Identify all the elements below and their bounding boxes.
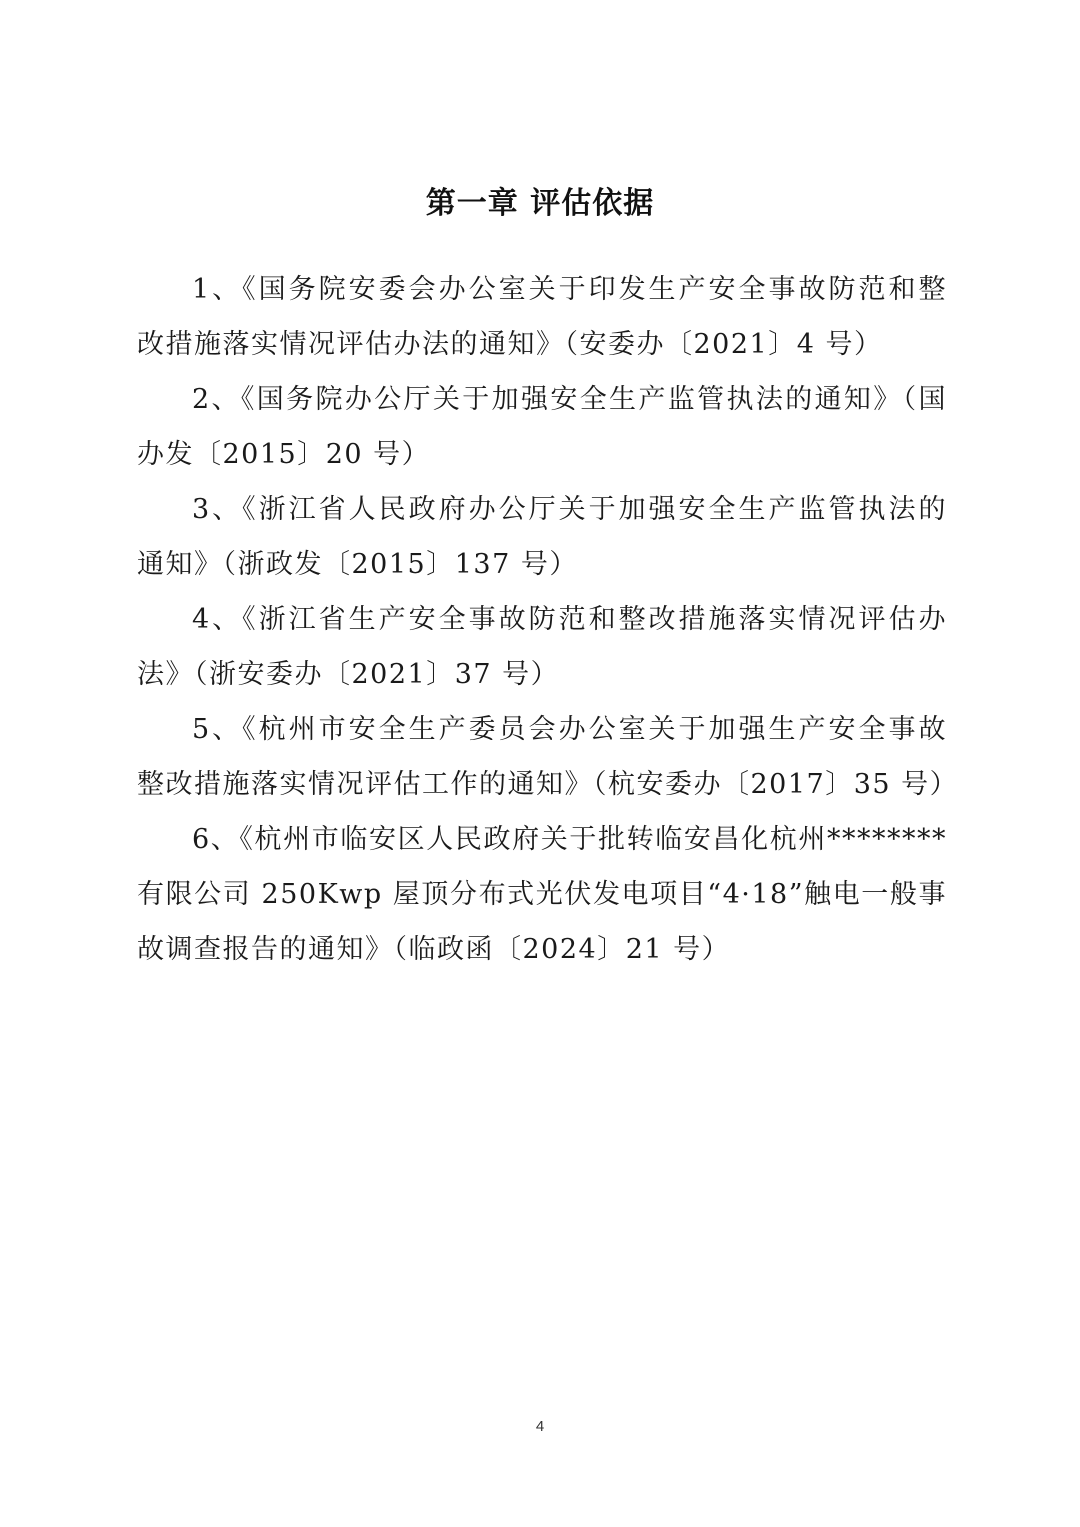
reference-item-6: 6、《杭州市临安区人民政府关于批转临安昌化杭州******** 有限公司 250… [137,812,947,977]
reference-item-line: 整改措施落实情况评估工作的通知》（杭安委办〔2017〕35 号） [137,757,947,812]
reference-item-line: 办发〔2015〕20 号） [137,427,947,482]
reference-item-line: 1、《国务院安委会办公室关于印发生产安全事故防范和整 [137,262,947,317]
reference-item-line: 4、《浙江省生产安全事故防范和整改措施落实情况评估办 [137,592,947,647]
reference-item-line: 故调查报告的通知》（临政函〔2024〕21 号） [137,922,947,977]
reference-item-line: 6、《杭州市临安区人民政府关于批转临安昌化杭州******** [137,812,947,867]
reference-item-4: 4、《浙江省生产安全事故防范和整改措施落实情况评估办 法》（浙安委办〔2021〕… [137,592,947,702]
reference-item-5: 5、《杭州市安全生产委员会办公室关于加强生产安全事故 整改措施落实情况评估工作的… [137,702,947,812]
reference-item-line: 5、《杭州市安全生产委员会办公室关于加强生产安全事故 [137,702,947,757]
reference-item-1: 1、《国务院安委会办公室关于印发生产安全事故防范和整 改措施落实情况评估办法的通… [137,262,947,372]
reference-item-line: 改措施落实情况评估办法的通知》（安委办〔2021〕4 号） [137,317,947,372]
reference-item-line: 法》（浙安委办〔2021〕37 号） [137,647,947,702]
reference-item-line: 3、《浙江省人民政府办公厅关于加强安全生产监管执法的 [137,482,947,537]
reference-item-line: 有限公司 250Kwp 屋顶分布式光伏发电项目“4·18”触电一般事 [137,867,947,922]
reference-item-line: 2、《国务院办公厅关于加强安全生产监管执法的通知》（国 [137,372,947,427]
page-number: 4 [0,1418,1080,1435]
chapter-title: 第一章 评估依据 [0,178,1080,222]
reference-item-2: 2、《国务院办公厅关于加强安全生产监管执法的通知》（国 办发〔2015〕20 号… [137,372,947,482]
reference-list: 1、《国务院安委会办公室关于印发生产安全事故防范和整 改措施落实情况评估办法的通… [137,262,947,977]
reference-item-3: 3、《浙江省人民政府办公厅关于加强安全生产监管执法的 通知》（浙政发〔2015〕… [137,482,947,592]
document-page: 第一章 评估依据 1、《国务院安委会办公室关于印发生产安全事故防范和整 改措施落… [0,0,1080,1527]
reference-item-line: 通知》（浙政发〔2015〕137 号） [137,537,947,592]
